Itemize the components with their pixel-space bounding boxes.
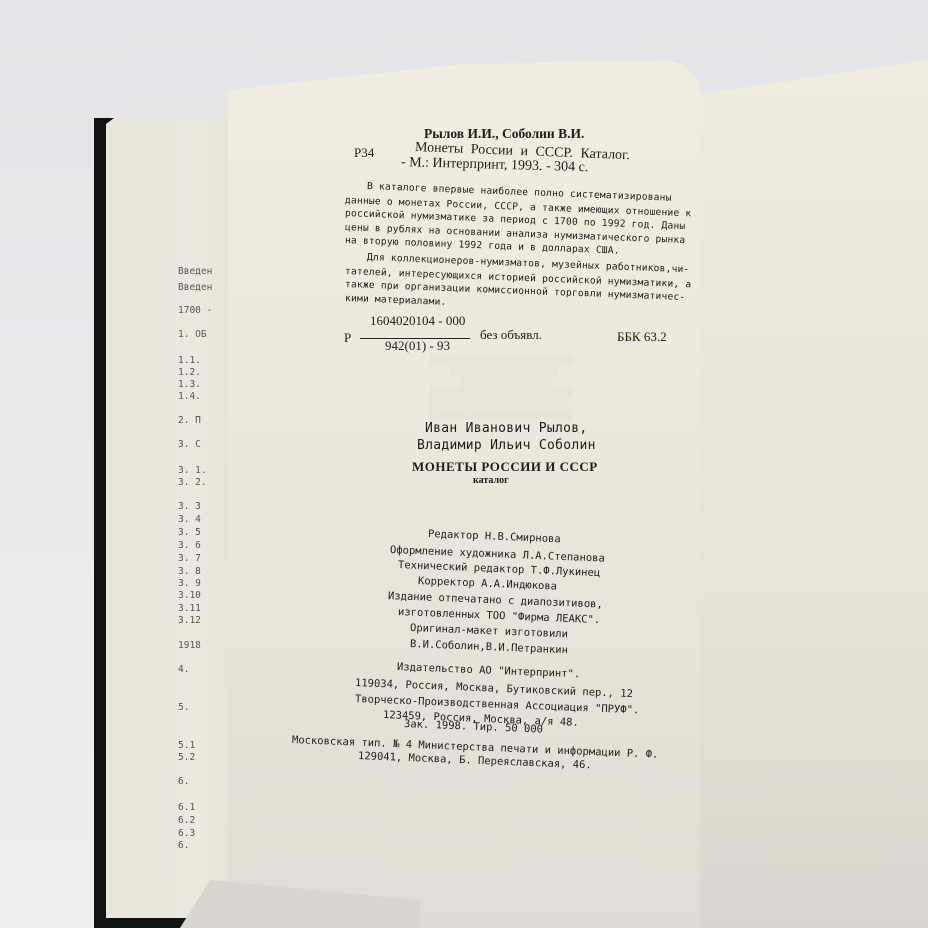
classification-letter: Р bbox=[344, 330, 351, 346]
show-through-text: ░░░░░░░░░░░░░░░░░░░░░░░░░░░░ ░░░░░░░░░░░… bbox=[430, 355, 690, 421]
toc-item: 3.11 bbox=[178, 603, 201, 614]
bbk-code: ББК 63.2 bbox=[617, 329, 667, 345]
toc-item: 3. 4 bbox=[178, 514, 201, 525]
toc-item: Введен bbox=[178, 282, 212, 293]
classification-denominator: 942(01) - 93 bbox=[385, 338, 450, 354]
toc-column: ВведенВведен1700 -1. OБ1.1.1.2.1.3.1.4.2… bbox=[178, 262, 228, 862]
book-title: МОНЕТЫ РОССИИ И СССР bbox=[412, 459, 598, 475]
book-subtitle: каталог bbox=[473, 475, 509, 486]
right-back-page bbox=[700, 60, 928, 928]
toc-item: 3.10 bbox=[178, 590, 201, 601]
toc-item: 3. 1. bbox=[178, 465, 207, 476]
toc-item: 3. 8 bbox=[178, 566, 201, 577]
toc-item: 3. 3 bbox=[178, 501, 201, 512]
toc-item: 3. 5 bbox=[178, 527, 201, 538]
toc-item: 5. bbox=[178, 702, 189, 713]
author-2: Владимир Ильич Соболин bbox=[417, 438, 596, 453]
toc-item: 2. П bbox=[178, 415, 201, 426]
toc-item: 3. 6 bbox=[178, 540, 201, 551]
toc-item: 6.3 bbox=[178, 828, 195, 839]
toc-item: Введен bbox=[178, 266, 212, 277]
toc-item: 1.2. bbox=[178, 367, 201, 378]
toc-item: 5.2 bbox=[178, 752, 195, 763]
toc-item: 3. 2. bbox=[178, 477, 207, 488]
toc-item: 3. 9 bbox=[178, 578, 201, 589]
toc-item: 1.1. bbox=[178, 355, 201, 366]
toc-item: 1918 bbox=[178, 640, 201, 651]
classification-numerator: 1604020104 - 000 bbox=[370, 313, 465, 329]
toc-item: 3. 7 bbox=[178, 553, 201, 564]
toc-item: 1700 - bbox=[178, 305, 212, 316]
toc-item: 1. OБ bbox=[178, 329, 207, 340]
toc-item: 1.4. bbox=[178, 391, 201, 402]
toc-item: 3.12 bbox=[178, 615, 201, 626]
author-1: Иван Иванович Рылов, bbox=[425, 421, 588, 436]
catalog-index: Р34 bbox=[354, 145, 374, 161]
classification-note: без объявл. bbox=[480, 327, 542, 343]
toc-item: 5.1 bbox=[178, 740, 195, 751]
toc-item: 6.2 bbox=[178, 815, 195, 826]
toc-item: 6. bbox=[178, 776, 189, 787]
toc-item: 3. С bbox=[178, 439, 201, 450]
toc-item: 6.1 bbox=[178, 802, 195, 813]
toc-item: 4. bbox=[178, 664, 189, 675]
toc-item: 1.3. bbox=[178, 379, 201, 390]
toc-item: 6. bbox=[178, 840, 189, 851]
catalog-authors: Рылов И.И., Соболин В.И. bbox=[424, 126, 584, 142]
